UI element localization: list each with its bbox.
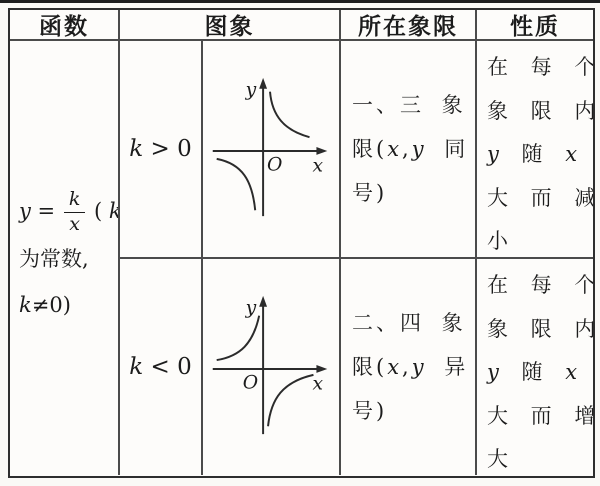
quadrant-x-var: x [387,355,402,379]
branch-quadrant-4 [268,375,313,426]
formula-y: y [19,199,31,223]
property-text: 增 [581,142,593,166]
branch-quadrant-1 [270,92,310,137]
x-axis-label: x [312,156,323,177]
property-x-var: x [565,360,581,384]
hyperbola-graph-k-positive: y x O [206,70,336,228]
property-text: 随 [503,360,565,384]
y-axis-label: y [245,298,257,319]
formula-line-1: y = kx ( k [19,188,118,236]
quadrant-text: 异 [427,355,469,379]
fraction-numerator: k [64,189,86,213]
header-property-label: 性质 [510,10,560,41]
quadrant-cell-k-positive: 一、三 象 限(x,y 同 号) [341,41,477,259]
quadrant-line: 号) [352,171,475,215]
quadrant-text: 限( [352,137,387,161]
formula-k-nonzero: k [19,293,32,317]
property-x-var: x [565,142,581,166]
property-line: 象 限 内, [487,308,587,352]
property-cell-k-positive: 在 每 个 象 限 内, y 随 x 增 大 而 减 小 [477,41,593,259]
property-text: 随 [503,142,565,166]
quadrant-x-var: x [387,137,402,161]
property-y-var: y [487,360,503,384]
y-axis-arrow-icon [259,296,267,307]
hyperbola-graph-k-negative: y x O [206,288,336,446]
origin-label: O [267,155,282,176]
quadrant-line: 一、三 象 [352,83,475,127]
property-line: 在 每 个 [487,264,587,308]
quadrant-line: 号) [352,389,475,433]
header-property: 性质 [477,10,593,41]
formula-open-paren: ( [87,199,109,223]
condition-k-var: k [129,354,143,380]
formula-nonzero-rest: ≠0) [32,293,71,317]
y-axis-arrow-icon [259,78,267,89]
header-function: 函数 [10,10,120,41]
quadrant-line: 二、四 象 [352,301,475,345]
property-y-var: y [487,142,503,166]
function-formula-cell: y = kx ( k 为常数, k≠0) [10,41,120,475]
inverse-proportion-function-table: 函数 图象 所在象限 性质 y = kx ( k 为常数, k≠0) k > 0… [8,8,595,478]
header-quadrant-label: 所在象限 [358,10,458,41]
formula-line-2: 为常数, [19,236,118,282]
quadrant-text: 同 [427,137,469,161]
quadrant-line: 限(x,y 同 [352,127,475,171]
fraction-denominator: x [69,213,80,236]
condition-k-negative: k < 0 [120,259,203,475]
property-line: y 随 x 增 [487,133,587,177]
header-graph-label: 图象 [205,10,255,41]
quadrant-comma: , [402,137,412,161]
property-line: 象 限 内, [487,90,587,134]
formula-equals: = [31,199,62,223]
graph-cell-k-negative: y x O [203,259,341,475]
property-text: 增 [581,360,593,384]
origin-label: O [243,373,258,394]
formula-line-3: k≠0) [19,282,118,328]
top-crop-rule [0,0,600,3]
property-line: y 随 x 增 [487,351,587,395]
quadrant-cell-k-negative: 二、四 象 限(x,y 异 号) [341,259,477,475]
x-axis-arrow-icon [316,147,327,155]
property-line: 大 [487,438,587,475]
quadrant-text: 限( [352,355,387,379]
quadrant-line: 限(x,y 异 [352,345,475,389]
x-axis-label: x [312,374,323,395]
condition-k-relation: < 0 [143,354,192,380]
quadrant-y-var: y [412,355,427,379]
y-axis-label: y [245,80,257,101]
header-function-label: 函数 [39,10,89,41]
header-quadrant: 所在象限 [341,10,477,41]
property-line: 大 而 减 [487,177,587,221]
condition-k-relation: > 0 [143,136,192,162]
quadrant-y-var: y [412,137,427,161]
condition-k-var: k [129,136,143,162]
property-cell-k-negative: 在 每 个 象 限 内, y 随 x 增 大 而 增 大 [477,259,593,475]
fraction-k-over-x: kx [64,189,86,236]
header-graph: 图象 [120,10,341,41]
formula-k: k [109,199,120,223]
property-line: 小 [487,220,587,259]
x-axis-arrow-icon [316,365,327,373]
condition-k-positive: k > 0 [120,41,203,259]
property-line: 在 每 个 [487,46,587,90]
graph-cell-k-positive: y x O [203,41,341,259]
property-line: 大 而 增 [487,395,587,439]
branch-quadrant-3 [217,159,256,210]
branch-quadrant-2 [217,316,259,360]
quadrant-comma: , [402,355,412,379]
